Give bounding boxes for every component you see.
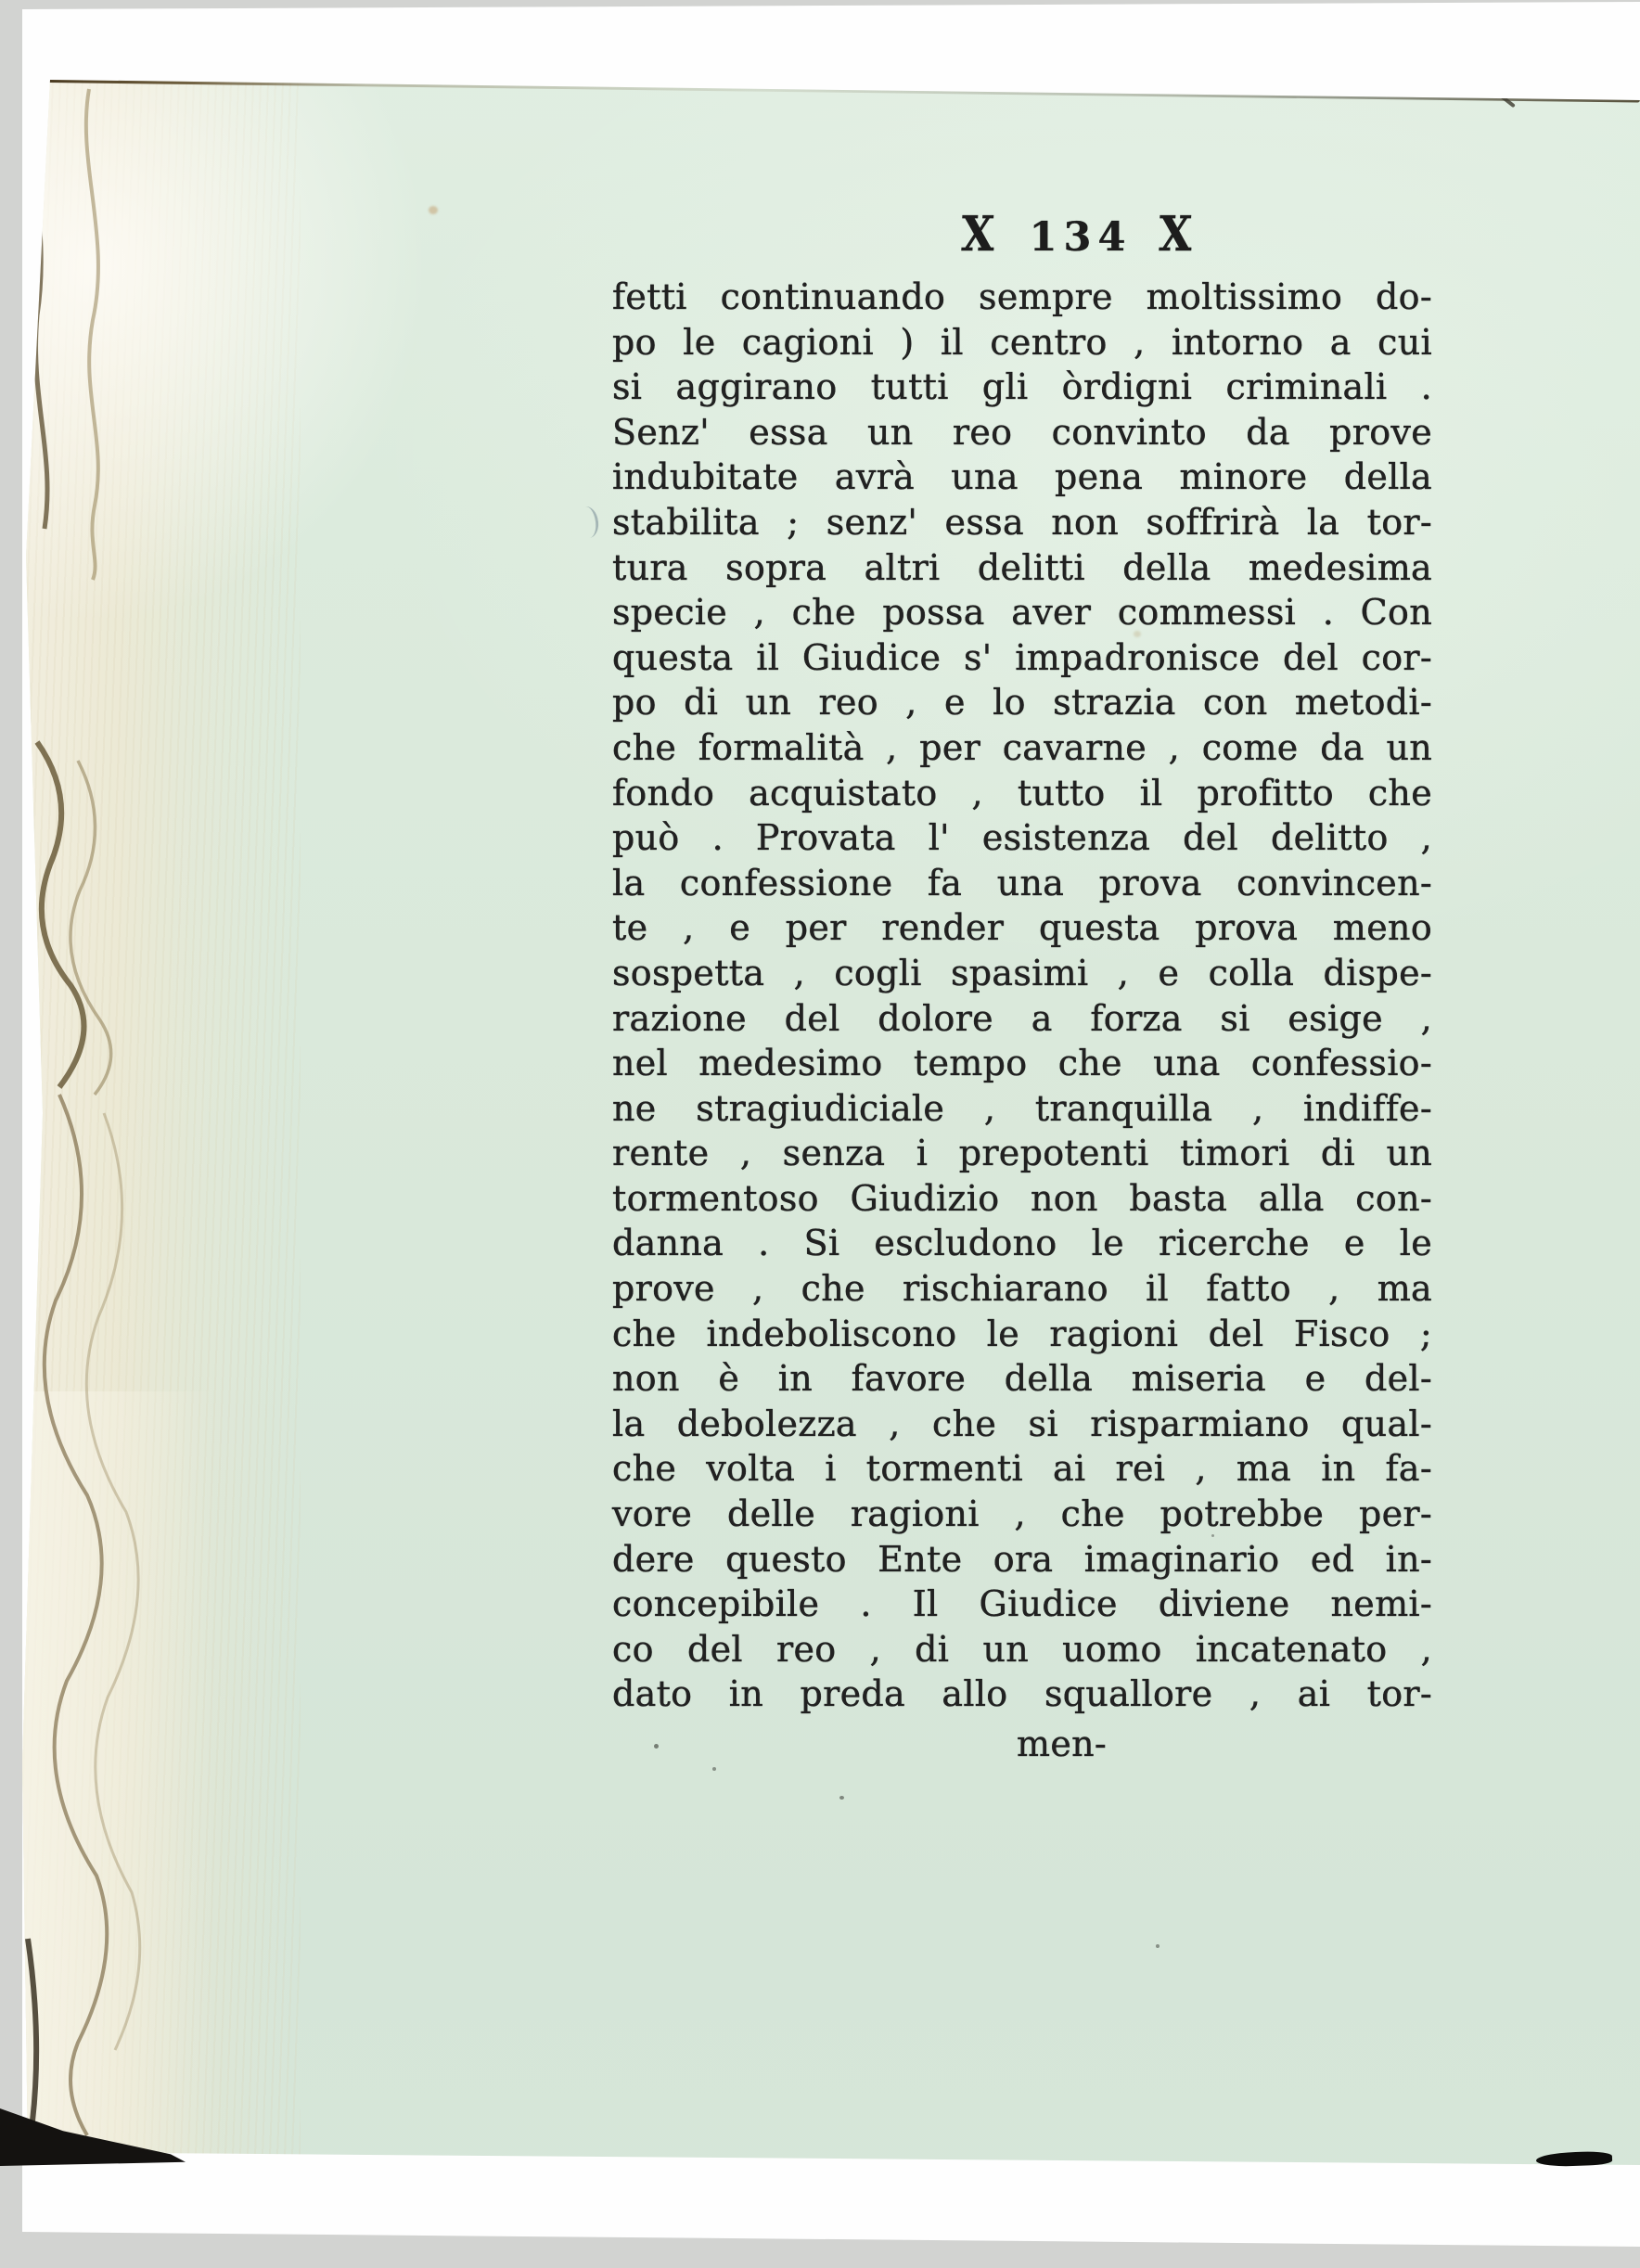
ink-speck bbox=[839, 1796, 844, 1800]
paper-stain bbox=[429, 206, 438, 214]
page-header: X 134 X bbox=[612, 206, 1432, 263]
catchword: men- bbox=[1017, 1722, 1107, 1766]
page-number-group: X 134 X bbox=[959, 206, 1195, 263]
header-right-ornament: X bbox=[1158, 206, 1193, 263]
stray-margin-mark bbox=[575, 506, 601, 540]
ink-speck bbox=[654, 1744, 659, 1749]
ink-speck bbox=[712, 1767, 716, 1771]
scanned-book-page: X 134 X fetti continuando sempre moltiss… bbox=[0, 0, 1640, 2268]
torn-edge-texture bbox=[22, 0, 301, 2268]
book-page-paper: X 134 X fetti continuando sempre moltiss… bbox=[22, 0, 1640, 2268]
ink-speck bbox=[1156, 1944, 1160, 1948]
page-number: 134 bbox=[1030, 214, 1133, 261]
header-left-ornament: X bbox=[960, 206, 995, 263]
body-text: fetti continuando sempre moltissimo do- … bbox=[612, 275, 1432, 1717]
